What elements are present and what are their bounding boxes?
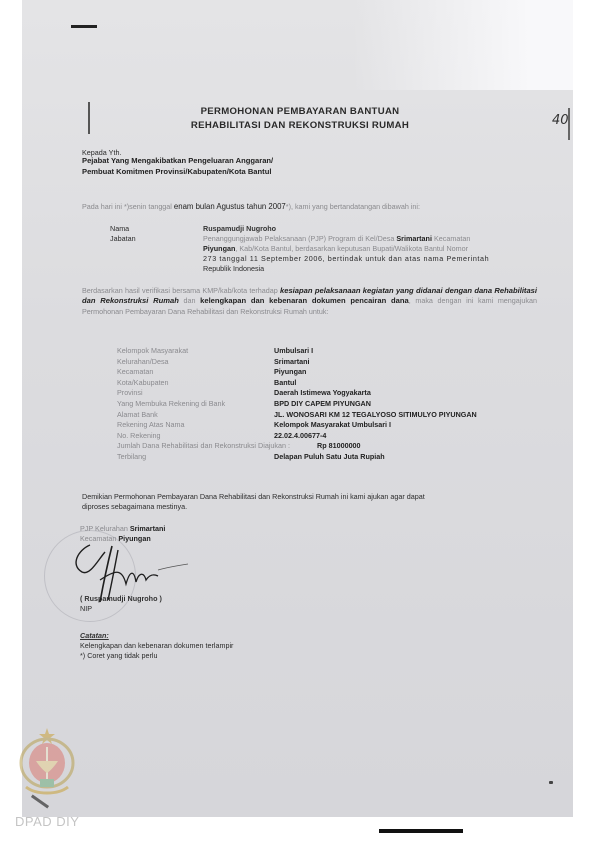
body-paragraph: Berdasarkan hasil verifikasi bersama KMP… [82, 286, 537, 317]
position-line-1: Penanggungjawab Pelaksanaan (PJP) Progra… [203, 234, 538, 245]
opening-date: enam bulan Agustus tahun 2007 [174, 202, 286, 211]
position-label: Jabatan [110, 234, 136, 245]
detail-label: Kelurahan/Desa [117, 357, 169, 366]
detail-label: Alamat Bank [117, 410, 158, 419]
detail-row: Alamat BankJL. WONOSARI KM 12 TEGALYOSO … [117, 410, 557, 421]
detail-label: Rekening Atas Nama [117, 420, 185, 429]
detail-row: Yang Membuka Rekening di BankBPD DIY CAP… [117, 399, 557, 410]
scan-bottom-bar [379, 829, 463, 833]
name-value: Ruspamudji Nugroho [203, 224, 276, 235]
signatory-name: ( Ruspamudji Nugroho ) [80, 594, 162, 605]
detail-row: Kota/KabupatenBantul [117, 378, 557, 389]
detail-value: Daerah Istimewa Yogyakarta [274, 388, 371, 397]
document-title: PERMOHONAN PEMBAYARAN BANTUAN REHABILITA… [150, 105, 450, 133]
hole-punch-mark [71, 25, 97, 28]
detail-row: Jumlah Dana Rehabilitasi dan Rekonstruks… [117, 441, 557, 452]
opening-sentence: Pada hari ini *)senin tanggal enam bulan… [82, 202, 420, 213]
detail-label: Provinsi [117, 388, 143, 397]
detail-label: Kota/Kabupaten [117, 378, 169, 387]
position-line-4: Republik Indonesia [203, 264, 264, 275]
notes-heading: Catatan: [80, 631, 109, 642]
detail-label: No. Rekening [117, 431, 161, 440]
detail-value: Umbulsari I [274, 346, 313, 355]
detail-value: Rp 81000000 [317, 441, 361, 450]
position-line-2: Piyungan, Kab/Kota Bantul, berdasarkan k… [203, 244, 538, 255]
notes-line-1: Kelengkapan dan kebenaran dokumen terlam… [80, 641, 233, 652]
detail-value: Srimartani [274, 357, 310, 366]
detail-label: Kelompok Masyarakat [117, 346, 188, 355]
notes-line-2: *) Coret yang tidak perlu [80, 651, 158, 662]
detail-row: Kelurahan/DesaSrimartani [117, 357, 557, 368]
addressee-line-2: Pembuat Komitmen Provinsi/Kabupaten/Kota… [82, 167, 271, 178]
detail-value: 22.02.4.00677-4 [274, 431, 326, 440]
opening-prefix: Pada hari ini *)senin tanggal [82, 202, 172, 211]
paper-glare [352, 0, 573, 90]
detail-row: No. Rekening22.02.4.00677-4 [117, 431, 557, 442]
closing-line-2: diproses sebagaimana mestinya. [82, 502, 187, 513]
name-label: Nama [110, 224, 129, 235]
signatory-nip: NIP [80, 604, 92, 615]
title-line-1: PERMOHONAN PEMBAYARAN BANTUAN [150, 105, 450, 119]
detail-value: JL. WONOSARI KM 12 TEGALYOSO SITIMULYO P… [274, 410, 477, 419]
detail-row: Rekening Atas NamaKelompok Masyarakat Um… [117, 420, 557, 431]
detail-row: ProvinsiDaerah Istimewa Yogyakarta [117, 388, 557, 399]
detail-label: Yang Membuka Rekening di Bank [117, 399, 225, 408]
addressee-line-1: Pejabat Yang Mengakibatkan Pengeluaran A… [82, 156, 273, 167]
detail-row: KecamatanPiyungan [117, 367, 557, 378]
detail-value: Delapan Puluh Satu Juta Rupiah [274, 452, 385, 461]
title-line-2: REHABILITASI DAN REKONSTRUKSI RUMAH [150, 119, 450, 133]
ink-speck [549, 781, 553, 784]
closing-line-1: Demikian Permohonan Pembayaran Dana Reha… [82, 492, 537, 503]
detail-row: Kelompok MasyarakatUmbulsari I [117, 346, 557, 357]
opening-suffix: *), kami yang bertandatangan dibawah ini… [286, 202, 420, 211]
margin-line-left [88, 102, 90, 134]
watermark-text: DPAD DIY [15, 814, 79, 829]
detail-value: Bantul [274, 378, 296, 387]
handwritten-page-number: 40 [552, 113, 569, 128]
detail-value: Kelompok Masyarakat Umbulsari I [274, 420, 391, 429]
detail-label: Jumlah Dana Rehabilitasi dan Rekonstruks… [117, 441, 290, 450]
dpad-diy-emblem-icon [16, 727, 78, 797]
detail-label: Kecamatan [117, 367, 153, 376]
position-line-3: 273 tanggal 11 September 2006, bertindak… [203, 254, 538, 265]
detail-row: TerbilangDelapan Puluh Satu Juta Rupiah [117, 452, 557, 463]
detail-label: Terbilang [117, 452, 146, 461]
detail-value: Piyungan [274, 367, 306, 376]
detail-value: BPD DIY CAPEM PIYUNGAN [274, 399, 371, 408]
signatory-role: PJP Kelurahan Srimartani [80, 524, 165, 535]
